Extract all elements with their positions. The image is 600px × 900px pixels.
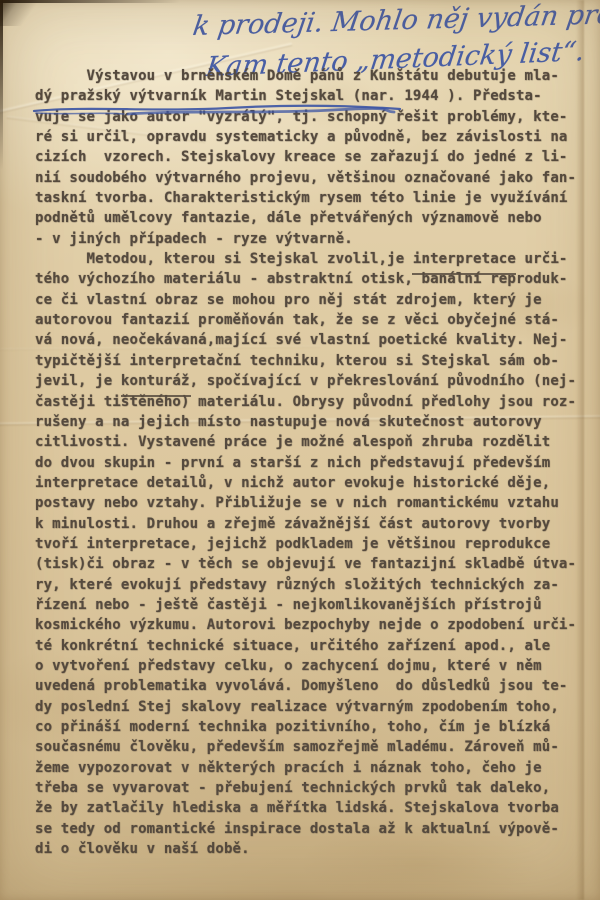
paper-corner-shadow	[0, 0, 70, 26]
typed-underline-interpretace	[412, 273, 516, 275]
typed-paragraph-2: Metodou, kterou si Stejskal zvolil,je in…	[35, 249, 591, 859]
scanned-document-photo: k prodeji. Mohlo něj vydán pro publi Kam…	[0, 0, 600, 900]
typed-text-block: Výstavou v brněnském Domě pánů z Kunštát…	[35, 66, 591, 859]
typed-paragraph-1: Výstavou v brněnském Domě pánů z Kunštát…	[35, 66, 591, 249]
typed-underline-konturaz	[121, 395, 191, 397]
